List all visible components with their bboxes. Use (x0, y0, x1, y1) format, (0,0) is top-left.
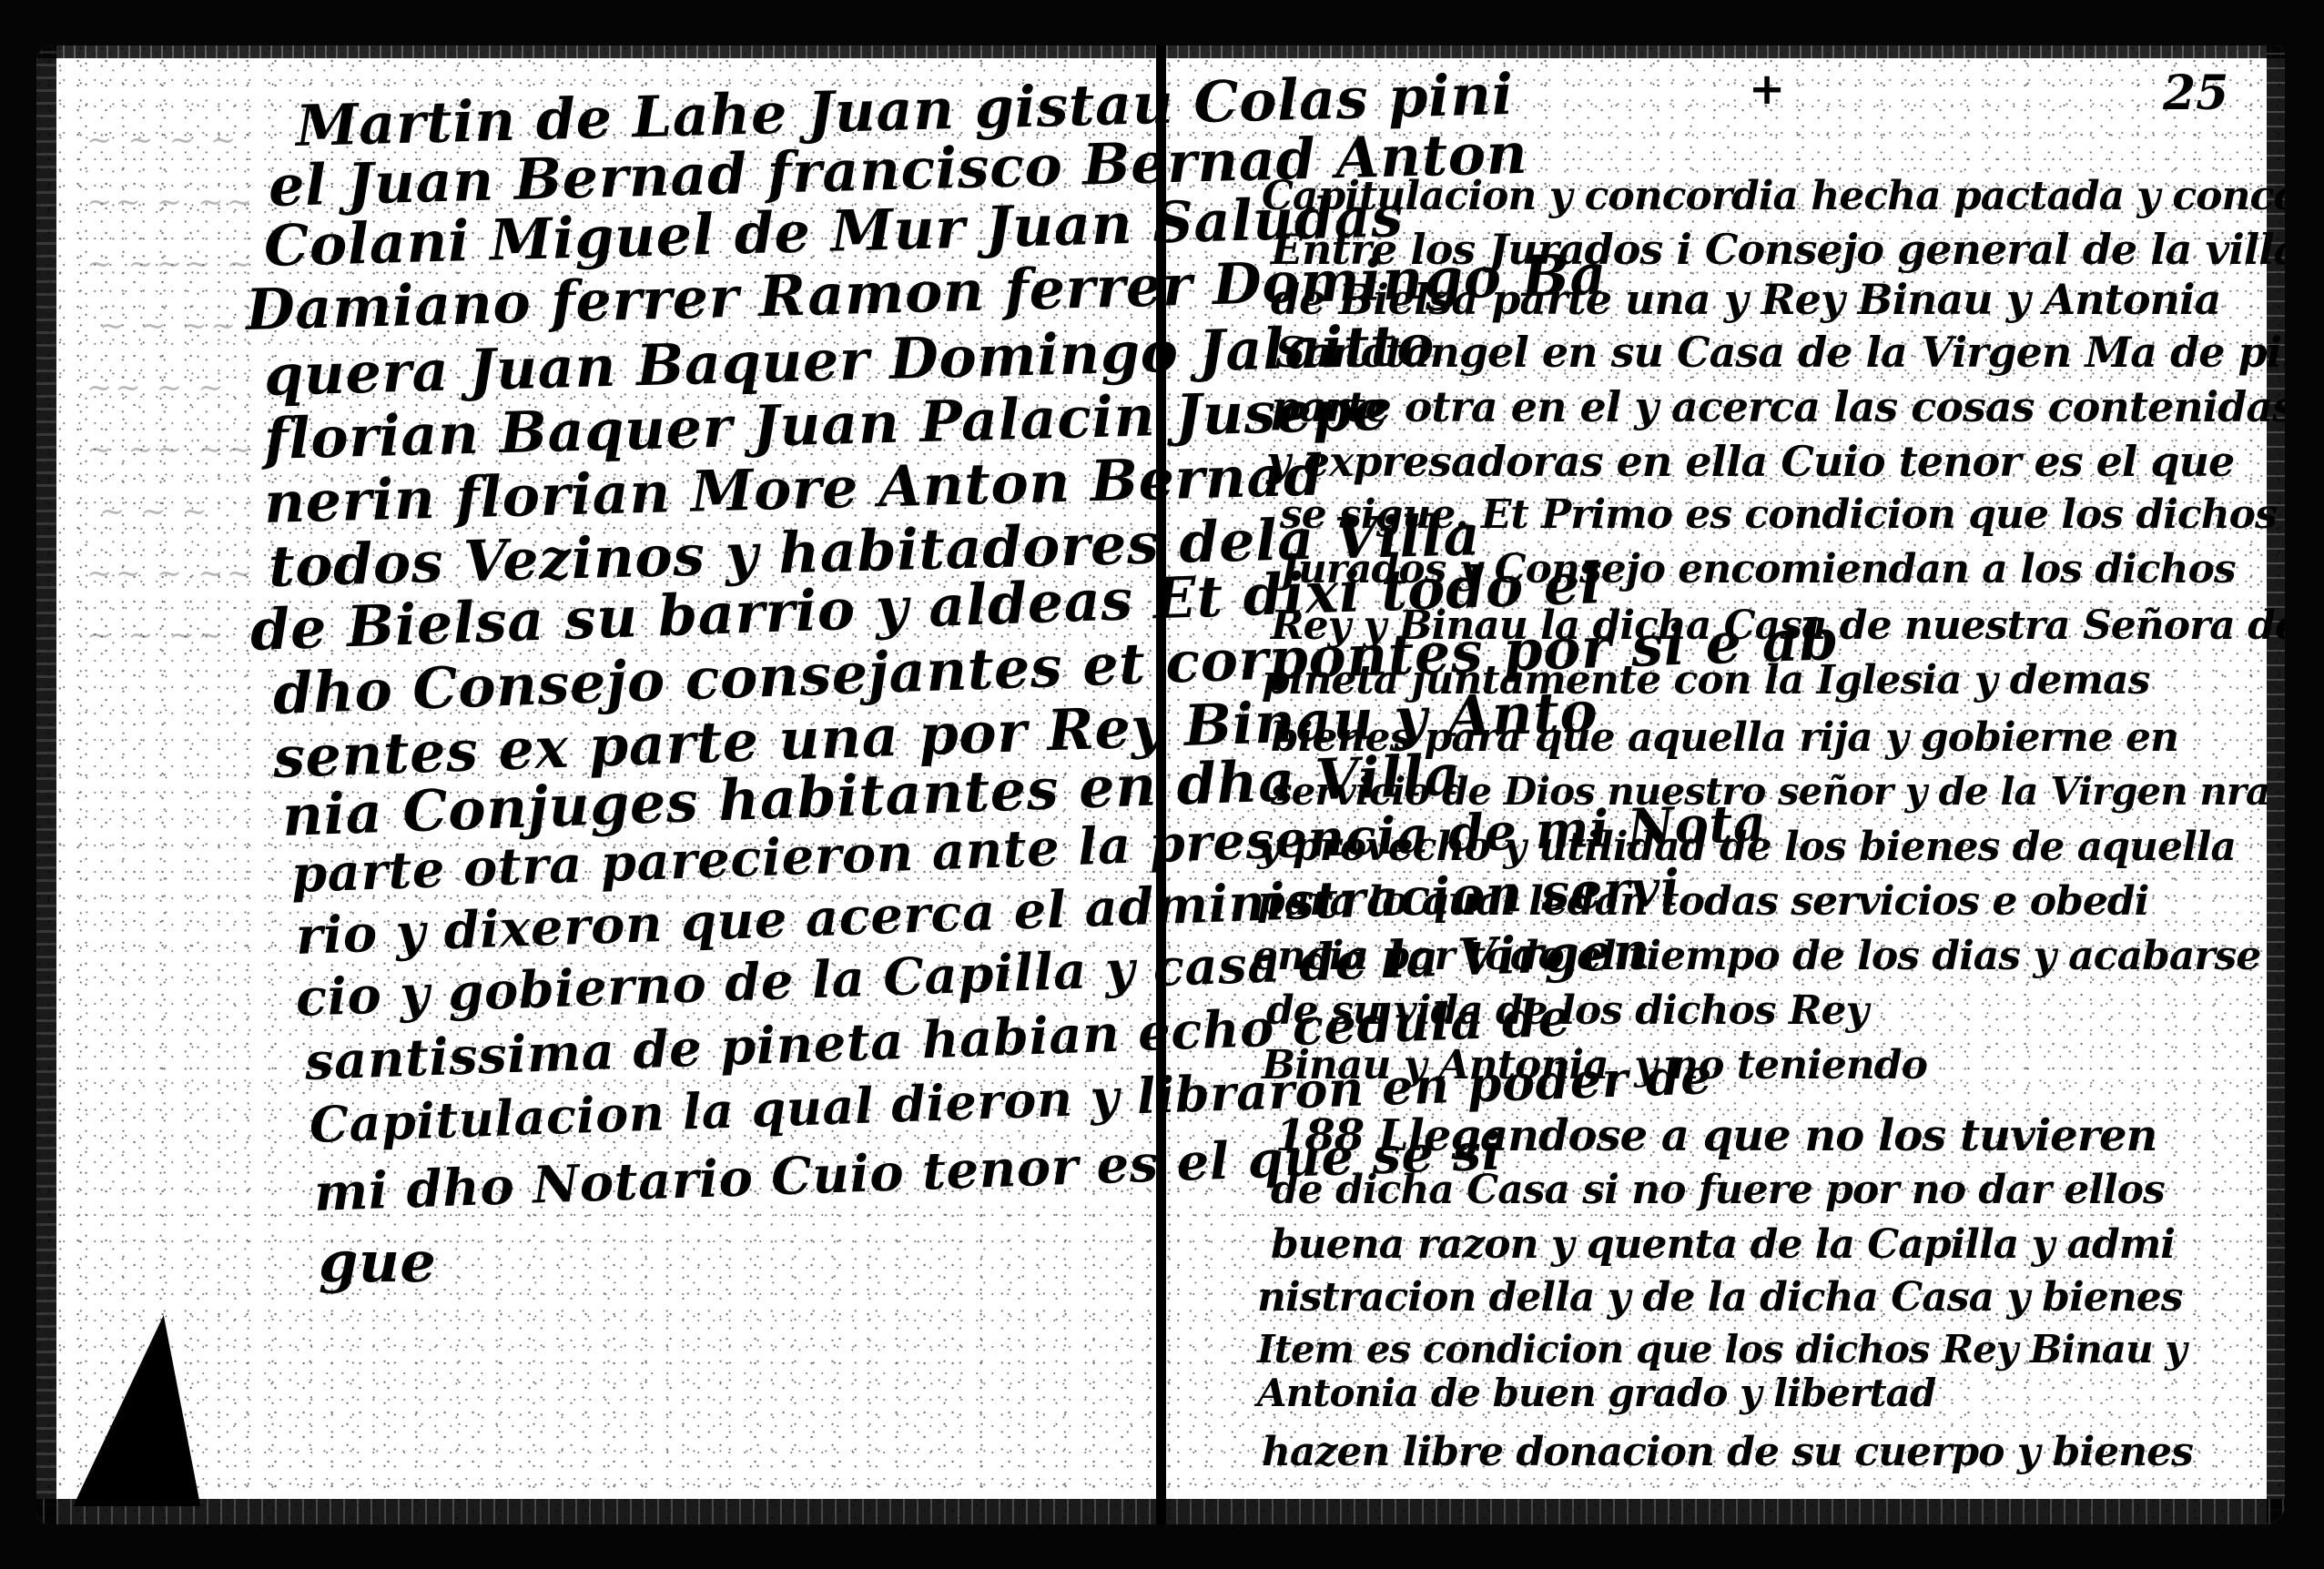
manuscript-line: gue (319, 1229, 436, 1295)
header-cross-mark: + (1749, 64, 1785, 115)
folio-number: 25 (2163, 66, 2228, 121)
manuscript-line: servicio de Dios nuestro señor y de la V… (1271, 769, 2269, 814)
manuscript-line: pineta juntamente con la Iglesia y demas (1262, 657, 2149, 704)
manuscript-line: Jurados y Consejo encomiendan a los dich… (1280, 546, 2236, 592)
manuscript-line: parte otra en el y acerca las cosas cont… (1271, 382, 2285, 431)
manuscript-line: 188 Llegandose a que no los tuvieren (1275, 1110, 2157, 1161)
manuscript-line: Entre los Jurados i Consejo general de l… (1271, 225, 2285, 274)
manuscript-line: Rey y Binau la dicha Casa de nuestra Señ… (1271, 602, 2285, 649)
manuscript-line: se sigue. Et Primo es condicion que los … (1280, 491, 2277, 538)
manuscript-line: Item es condicion que los dichos Rey Bin… (1257, 1327, 2187, 1372)
manuscript-line: hazen libre donacion de su cuerpo y bien… (1262, 1429, 2193, 1475)
manuscript-line: bienes para que aquella rija y gobierne … (1271, 714, 2178, 761)
manuscript-line: Binau y Antonia. y no teniendo (1262, 1042, 1927, 1088)
manuscript-line: de su vida de los dichos Rey (1266, 987, 1868, 1034)
corner-ink-blot (73, 1315, 228, 1506)
manuscript-line: Sanctangel en su Casa de la Virgen Ma de… (1275, 328, 2285, 377)
manuscript-line: y expresadoras en ella Cuio tenor es el … (1266, 437, 2234, 486)
paper-sheet: ~ ~ ~ ~ ~~ ~ ~~ ~ ~~~ ~ ~ ~ ~~ ~~ ~ ~ ~ … (36, 46, 2285, 1524)
center-spine (1156, 46, 1166, 1524)
scanned-manuscript: ~ ~ ~ ~ ~~ ~ ~~ ~ ~~~ ~ ~ ~ ~~ ~~ ~ ~ ~ … (0, 0, 2324, 1569)
manuscript-line: de dicha Casa si no fuere por no dar ell… (1271, 1167, 2165, 1213)
manuscript-line: Antonia de buen grado y libertad (1257, 1371, 1935, 1415)
right-page: + 25 Capitulacion y concordia hecha pact… (1166, 46, 2285, 1524)
manuscript-line: de Bielsa parte una y Rey Binau y Antoni… (1271, 275, 2220, 324)
manuscript-line: encia por todo el tiempo de los dias y a… (1253, 933, 2260, 979)
manuscript-line: y provecho y utilidad de los bienes de a… (1257, 824, 2236, 870)
manuscript-line: Capitulacion y concordia hecha pactada y… (1262, 173, 2285, 219)
left-page: Martin de Lahe Juan gistau Colas pini el… (36, 46, 1156, 1524)
manuscript-line: para lo qual ledan todas servicios e obe… (1257, 878, 2148, 925)
manuscript-line: buena razon y quenta de la Capilla y adm… (1271, 1221, 2175, 1268)
manuscript-line: nistracion della y de la dicha Casa y bi… (1257, 1274, 2183, 1321)
